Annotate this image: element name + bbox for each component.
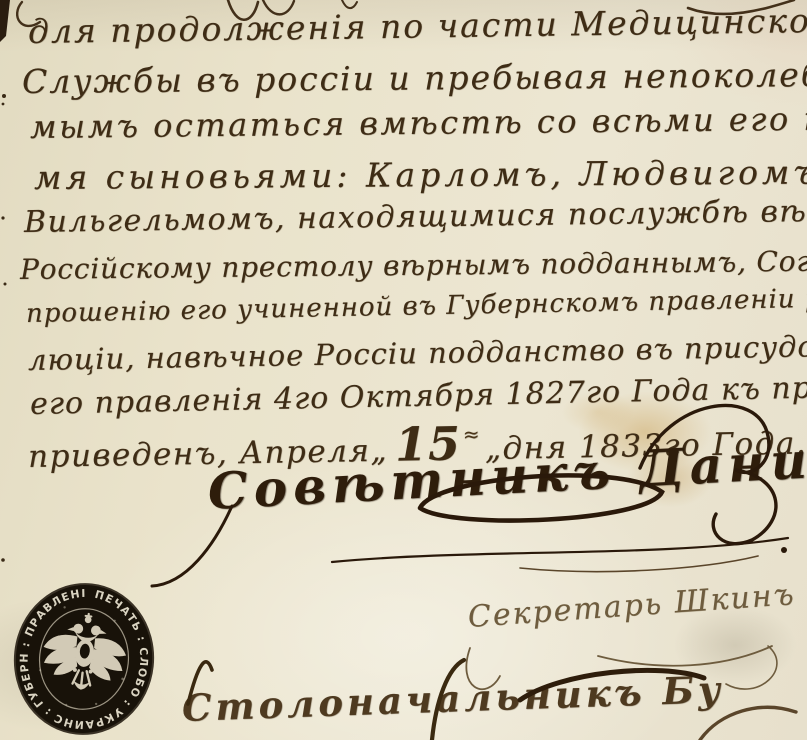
- manuscript-line: мя сыновьями: Карломъ, Людвигомъ и: [34, 152, 807, 197]
- manuscript-line: мымъ остаться вмѣстѣ со всѣми его тре-: [30, 99, 807, 146]
- manuscript-line: для продолженія по части Медицинской —: [28, 0, 807, 51]
- ink-specks: [1, 94, 6, 562]
- manuscript-line: Вильгельмомъ, находящимися послужбѣ вѣчн…: [24, 192, 807, 240]
- manuscript-line: люціи, навѣчное Россіи подданство въ при…: [28, 328, 807, 377]
- document-page: для продолженія по части Медицинской — С…: [0, 0, 807, 740]
- photo-edge-shadow: [0, 0, 10, 42]
- manuscript-photo: { "document": { "body_lines": [ "для про…: [0, 0, 807, 740]
- manuscript-line: Службы въ россіи и пребывая непоколеби-: [22, 55, 807, 101]
- manuscript-line: Россійскому престолу вѣрнымъ подданнымъ,…: [20, 244, 807, 286]
- clerk-signature: Столоначальникъ Бу: [181, 667, 725, 730]
- secretary-signature: Секретарь Шкинъ: [467, 577, 797, 635]
- superscript-mark: ≈: [463, 422, 480, 446]
- manuscript-line: прошенію его учиненной въ Губернскомъ пр…: [26, 283, 807, 329]
- official-seal: ПЕЧАТЬ : СЛОБО : УКРАИНС : ГУБЕРН : ПРАВ…: [2, 573, 166, 740]
